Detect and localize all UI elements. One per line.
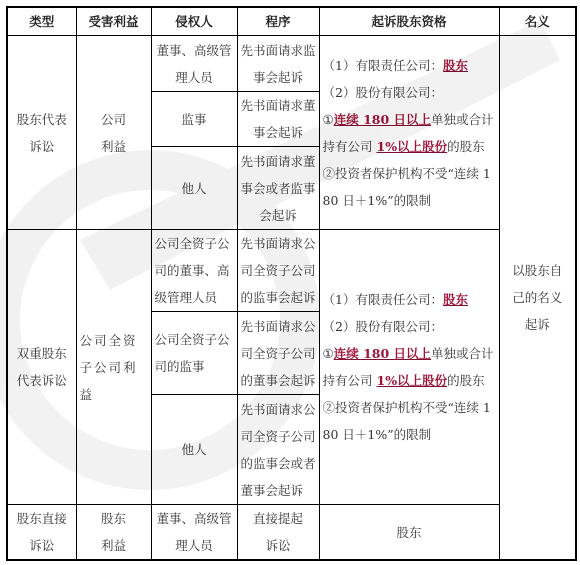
qualification-cell: （1）有限责任公司：股东 （2）股份有限公司： ①连续 180 日以上单独或合计…	[319, 230, 499, 505]
procedure-cell: 先书面请求公司全资子公司的监事会起诉	[237, 230, 319, 312]
header-qualification: 起诉股东资格	[319, 7, 499, 36]
highlight-1-percent: 1%以上股份	[377, 139, 448, 154]
type-cell: 股东直接诉讼	[7, 505, 76, 561]
table-row: 股东代表诉讼 公司利益 董事、高级管理人员 先书面请求监事会起诉 （1）有限责任…	[7, 36, 576, 92]
highlight-180-days: 连续 180 日以上	[334, 112, 431, 127]
header-type: 类型	[7, 7, 76, 36]
header-row: 类型 受害利益 侵权人 程序 起诉股东资格 名义	[7, 7, 576, 36]
header-procedure: 程序	[237, 7, 319, 36]
procedure-cell: 先书面请求公司全资子公司的监事会或者董事会起诉	[237, 395, 319, 505]
interest-cell: 股东利益	[76, 505, 151, 561]
infringer-cell: 监事	[151, 92, 237, 147]
name-cell: 以股东自己的名义起诉	[499, 36, 576, 561]
qual-line: ①连续 180 日以上单独或合计持有公司 1%以上股份的股东	[323, 340, 496, 394]
qual-line: ①连续 180 日以上单独或合计持有公司 1%以上股份的股东	[323, 106, 496, 160]
qual-line: （1）有限责任公司：股东	[323, 52, 496, 79]
qual-line: ②投资者保护机构不受“连续 180 日＋1%”的限制	[323, 160, 496, 214]
interest-cell: 公司利益	[76, 36, 151, 230]
qual-line: （2）股份有限公司：	[323, 79, 496, 106]
qual-line: （1）有限责任公司：股东	[323, 286, 496, 313]
highlight-shareholder: 股东	[443, 292, 468, 307]
infringer-cell: 董事、高级管理人员	[151, 505, 237, 561]
table-row: 双重股东代表诉讼 公司全资子公司利益 公司全资子公司的董事、高级管理人员 先书面…	[7, 230, 576, 312]
procedure-cell: 先书面请求公司全资子公司的董事会起诉	[237, 312, 319, 395]
interest-cell: 公司全资子公司利益	[76, 230, 151, 505]
type-cell: 股东代表诉讼	[7, 36, 76, 230]
qualification-cell: （1）有限责任公司：股东 （2）股份有限公司： ①连续 180 日以上单独或合计…	[319, 36, 499, 230]
infringer-cell: 他人	[151, 395, 237, 505]
qualification-cell: 股东	[319, 505, 499, 561]
procedure-cell: 先书面请求监事会起诉	[237, 36, 319, 92]
highlight-180-days: 连续 180 日以上	[334, 346, 431, 361]
infringer-cell: 公司全资子公司的董事、高级管理人员	[151, 230, 237, 312]
procedure-cell: 直接提起诉讼	[237, 505, 319, 561]
infringer-cell: 他人	[151, 147, 237, 230]
header-infringer: 侵权人	[151, 7, 237, 36]
procedure-cell: 先书面请求董事会起诉	[237, 92, 319, 147]
qual-line: （2）股份有限公司：	[323, 313, 496, 340]
header-name: 名义	[499, 7, 576, 36]
header-interest: 受害利益	[76, 7, 151, 36]
table-row: 股东直接诉讼 股东利益 董事、高级管理人员 直接提起诉讼 股东	[7, 505, 576, 561]
infringer-cell: 董事、高级管理人员	[151, 36, 237, 92]
highlight-1-percent: 1%以上股份	[377, 373, 448, 388]
highlight-shareholder: 股东	[443, 58, 468, 73]
shareholder-litigation-table: 类型 受害利益 侵权人 程序 起诉股东资格 名义 股东代表诉讼 公司利益 董事、…	[6, 6, 577, 561]
type-cell: 双重股东代表诉讼	[7, 230, 76, 505]
qual-line: ②投资者保护机构不受“连续 180 日＋1%”的限制	[323, 394, 496, 448]
infringer-cell: 公司全资子公司的监事	[151, 312, 237, 395]
procedure-cell: 先书面请求董事会或者监事会起诉	[237, 147, 319, 230]
